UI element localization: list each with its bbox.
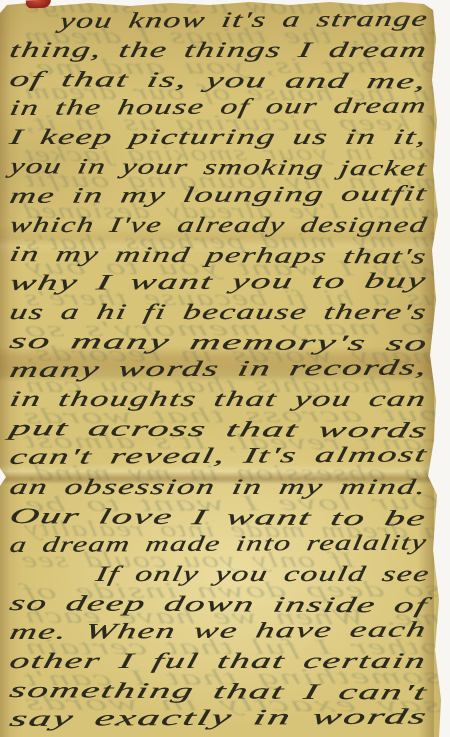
letter-line: in the house of our dream (7, 91, 429, 123)
letter-line: us a hi fi because there's (7, 297, 430, 326)
letter-line: I keep picturing us in it, (7, 122, 430, 151)
letter-line: other I ful that certain (7, 646, 430, 675)
letter-line: a dream made into realality (7, 527, 429, 559)
letter-line: you know it's a strange (57, 4, 430, 35)
letter-line: me in my lounging outfit (7, 178, 430, 210)
letter-line: an obsession in my mind. (7, 472, 430, 501)
scanned-letter-photo: you know it's a strangething, the things… (0, 0, 450, 737)
letter-line: me. When we have each (7, 614, 430, 646)
letter-line: can't reveal, It's almost (7, 440, 430, 472)
letter-line: why I want you to buy (7, 265, 430, 297)
letter-line: which I've already designed (7, 210, 430, 239)
letter-line: in thoughts that you can (7, 384, 429, 413)
letter-line: If only you could see (93, 559, 432, 588)
letter-line: say exactly in words (7, 702, 431, 734)
letter-paper: you know it's a strangething, the things… (0, 0, 450, 737)
letter-text: you know it's a strangething, the things… (0, 0, 450, 733)
letter-line: thing, the things I dream (7, 35, 430, 64)
letter-line: many words in records, (7, 353, 431, 385)
edge-shadow-left (0, 0, 10, 737)
torn-edge-shadow-right (418, 0, 434, 737)
